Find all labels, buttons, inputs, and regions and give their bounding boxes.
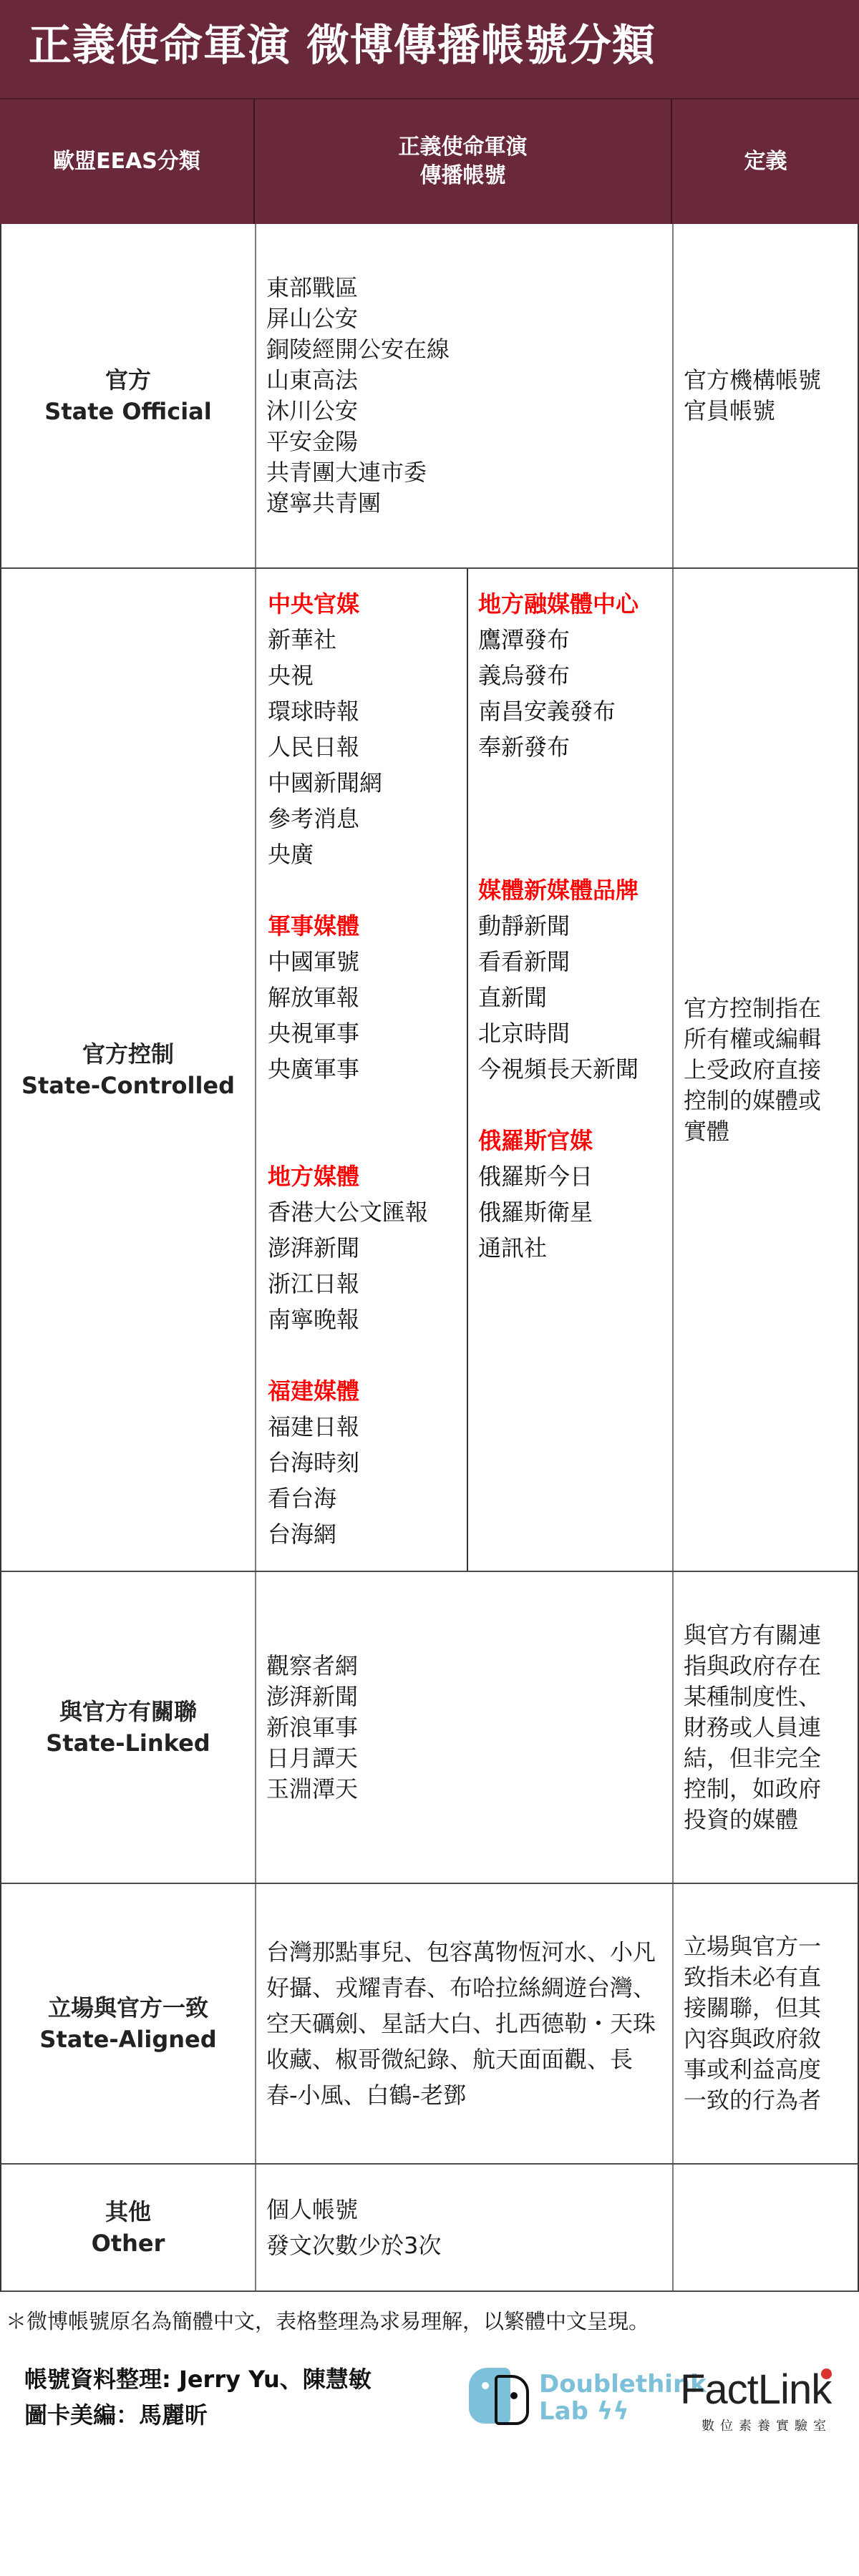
eye-icon: [482, 2382, 489, 2389]
account-item: 俄羅斯衛星: [478, 1194, 672, 1230]
account-item: 南寧晚報: [268, 1302, 467, 1337]
title-banner: 正義使命軍演 微博傳播帳號分類: [0, 0, 859, 98]
header-accounts-line1: 正義使命軍演: [399, 133, 528, 162]
account-item: 央廣軍事: [268, 1051, 467, 1087]
category-cell: 與官方有關聯 State-Linked: [1, 1572, 255, 1883]
spacer: [478, 1087, 672, 1123]
account-item: 台海時刻: [268, 1445, 467, 1480]
table-row-state-official: 官方 State Official 東部戰區 屏山公安 銅陵經開公安在線 山東高…: [0, 224, 859, 569]
account-item: 浙江日報: [268, 1266, 467, 1302]
header-accounts-line2: 傳播帳號: [420, 162, 506, 190]
definition-line: 指與政府存在: [684, 1651, 848, 1682]
definition-cell: 官方機構帳號 官員帳號: [672, 224, 858, 567]
definition-line: 致指未必有直: [684, 1962, 848, 1993]
account-item: 奉新發布: [478, 729, 672, 765]
footnote: ＊微博帳號原名為簡體中文，表格整理為求易理解，以繁體中文呈現。: [6, 2306, 649, 2335]
account-item: 北京時間: [478, 1015, 672, 1051]
account-item: 遼寧共青團: [266, 488, 658, 519]
table-row-other: 其他 Other 個人帳號 發文次數少於3次: [0, 2165, 859, 2292]
account-list-text: 台灣那點事兒、包容萬物恆河水、小凡好攝、戎耀青春、布哈拉絲綢遊台灣、空天礪劍、星…: [266, 1934, 658, 2113]
account-item: 個人帳號: [266, 2192, 658, 2228]
account-item: 玉淵潭天: [266, 1774, 658, 1805]
group-title: 俄羅斯官媒: [478, 1123, 672, 1158]
account-item: 沐川公安: [266, 396, 658, 426]
definition-line: 一致的行為者: [684, 2085, 848, 2116]
account-item: 參考消息: [268, 801, 467, 836]
accounts-cell: 東部戰區 屏山公安 銅陵經開公安在線 山東高法 沐川公安 平安金陽 共青團大連市…: [255, 224, 672, 567]
red-dot-icon: [821, 2368, 832, 2379]
account-item: 央廣: [268, 836, 467, 872]
account-item: 平安金陽: [266, 426, 658, 457]
category-zh: 立場與官方一致: [48, 1992, 208, 2024]
account-item: 福建日報: [268, 1409, 467, 1445]
account-item: 看看新聞: [478, 944, 672, 980]
definition-line: 財務或人員連: [684, 1712, 848, 1743]
definition-line: 立場與官方一: [684, 1931, 848, 1962]
account-item: 觀察者網: [266, 1651, 658, 1682]
definition-line: 與官方有關連: [684, 1620, 848, 1651]
account-item: 通訊社: [478, 1230, 672, 1266]
group-title: 福建媒體: [268, 1373, 467, 1409]
table-row-state-linked: 與官方有關聯 State-Linked 觀察者網 澎湃新聞 新浪軍事 日月譚天 …: [0, 1572, 859, 1884]
spacer: [268, 1123, 467, 1158]
definition-line: 接關聯，但其: [684, 1993, 848, 2024]
group-title: 地方融媒體中心: [478, 586, 672, 622]
group-title: 媒體新媒體品牌: [478, 872, 672, 908]
group-title: 地方媒體: [268, 1158, 467, 1194]
accounts-subcolumn-right: 地方融媒體中心 鷹潭發布 義烏發布 南昌安義發布 奉新發布 媒體新媒體品牌 動靜…: [467, 569, 672, 1571]
category-cell: 官方 State Official: [1, 224, 255, 567]
account-item: 動靜新聞: [478, 908, 672, 944]
account-item: 新華社: [268, 622, 467, 658]
page-title: 正義使命軍演 微博傳播帳號分類: [29, 17, 656, 74]
accounts-subcolumn-left: 中央官媒 新華社 央視 環球時報 人民日報 中國新聞網 參考消息 央廣 軍事媒體…: [255, 569, 467, 1571]
definition-cell: [672, 2165, 858, 2290]
definition-line: 控制，如政府: [684, 1774, 848, 1805]
definition-line: 投資的媒體: [684, 1805, 848, 1835]
table-row-state-aligned: 立場與官方一致 State-Aligned 台灣那點事兒、包容萬物恆河水、小凡好…: [0, 1884, 859, 2165]
account-item: 央視: [268, 658, 467, 693]
definition-line: 某種制度性、: [684, 1682, 848, 1712]
group-title: 中央官媒: [268, 586, 467, 622]
credits: 帳號資料整理: Jerry Yu、陳慧敏 圖卡美編：馬麗昕: [24, 2361, 372, 2433]
definition-line: 實體: [684, 1116, 848, 1147]
head-outline-icon: [495, 2375, 529, 2425]
header-definition: 定義: [672, 99, 859, 224]
definition-line: 結，但非完全: [684, 1743, 848, 1774]
account-item: 中國軍號: [268, 944, 467, 980]
category-en: State Official: [44, 396, 211, 427]
account-item: 新浪軍事: [266, 1712, 658, 1743]
factlink-wordmark: FactLink: [680, 2367, 831, 2413]
account-item: 台海網: [268, 1516, 467, 1552]
category-en: Other: [92, 2228, 165, 2259]
definition-cell: 與官方有關連 指與政府存在 某種制度性、 財務或人員連 結，但非完全 控制，如政…: [672, 1572, 858, 1883]
spacer: [478, 801, 672, 836]
factlink-logo: FactLink 數位素養實驗室: [680, 2367, 859, 2439]
accounts-cell: 台灣那點事兒、包容萬物恆河水、小凡好攝、戎耀青春、布哈拉絲綢遊台灣、空天礪劍、星…: [255, 1884, 672, 2163]
table-header: 歐盟EEAS分類 正義使命軍演 傳播帳號 定義: [0, 98, 859, 224]
definition-line: 所有權或編輯: [684, 1024, 848, 1055]
definition-line: 上受政府直接: [684, 1055, 848, 1085]
account-item: 義烏發布: [478, 658, 672, 693]
category-zh: 其他: [105, 2196, 151, 2228]
category-en: State-Linked: [46, 1727, 210, 1759]
accounts-cell: 個人帳號 發文次數少於3次: [255, 2165, 672, 2290]
account-item: 東部戰區: [266, 273, 658, 303]
category-cell: 其他 Other: [1, 2165, 255, 2290]
category-zh: 與官方有關聯: [59, 1696, 197, 1727]
account-item: 香港大公文匯報: [268, 1194, 467, 1230]
account-item: 銅陵經開公安在線: [266, 334, 658, 365]
definition-line: 官員帳號: [684, 396, 848, 426]
definition-line: 控制的媒體或: [684, 1085, 848, 1116]
account-item: 解放軍報: [268, 980, 467, 1015]
header-accounts: 正義使命軍演 傳播帳號: [255, 99, 671, 224]
account-item: 環球時報: [268, 693, 467, 729]
credits-data: 帳號資料整理: Jerry Yu、陳慧敏: [24, 2361, 372, 2397]
header-category: 歐盟EEAS分類: [0, 99, 253, 224]
account-item: 今視頻長天新聞: [478, 1051, 672, 1087]
account-item: 中國新聞網: [268, 765, 467, 801]
category-zh: 官方控制: [82, 1038, 174, 1070]
account-item: 央視軍事: [268, 1015, 467, 1051]
category-cell: 立場與官方一致 State-Aligned: [1, 1884, 255, 2163]
category-zh: 官方: [105, 364, 151, 396]
eye-icon: [510, 2392, 518, 2399]
spacer: [268, 872, 467, 908]
account-item: 日月譚天: [266, 1743, 658, 1774]
definition-line: 官方控制指在: [684, 993, 848, 1024]
spacer: [268, 1087, 467, 1123]
category-en: State-Aligned: [39, 2024, 216, 2055]
account-item: 人民日報: [268, 729, 467, 765]
account-item: 澎湃新聞: [266, 1682, 658, 1712]
account-item: 發文次數少於3次: [266, 2228, 658, 2263]
definition-cell: 官方控制指在 所有權或編輯 上受政府直接 控制的媒體或 實體: [672, 569, 858, 1571]
spacer: [268, 1337, 467, 1373]
accounts-cell: 觀察者網 澎湃新聞 新浪軍事 日月譚天 玉淵潭天: [255, 1572, 672, 1883]
account-item: 澎湃新聞: [268, 1230, 467, 1266]
category-en: State-Controlled: [21, 1070, 235, 1101]
spacer: [478, 765, 672, 801]
credits-design: 圖卡美編：馬麗昕: [24, 2397, 372, 2433]
account-item: 直新聞: [478, 980, 672, 1015]
account-item: 俄羅斯今日: [478, 1158, 672, 1194]
account-item: 共青團大連市委: [266, 457, 658, 488]
spacer: [478, 836, 672, 872]
definition-line: 事或利益高度: [684, 2054, 848, 2085]
doublethink-lab-logo: Doublethink Lab ϟϟ: [469, 2365, 684, 2429]
account-item: 山東高法: [266, 365, 658, 396]
account-item: 南昌安義發布: [478, 693, 672, 729]
definition-cell: 立場與官方一 致指未必有直 接關聯，但其 內容與政府敘 事或利益高度 一致的行為…: [672, 1884, 858, 2163]
group-title: 軍事媒體: [268, 908, 467, 944]
table-row-state-controlled: 官方控制 State-Controlled 中央官媒 新華社 央視 環球時報 人…: [0, 569, 859, 1572]
factlink-subtitle: 數位素養實驗室: [702, 2416, 832, 2434]
category-cell: 官方控制 State-Controlled: [1, 569, 255, 1571]
account-item: 看台海: [268, 1480, 467, 1516]
account-item: 鷹潭發布: [478, 622, 672, 658]
definition-line: 內容與政府敘: [684, 2024, 848, 2054]
definition-line: 官方機構帳號: [684, 365, 848, 396]
account-item: 屏山公安: [266, 303, 658, 334]
